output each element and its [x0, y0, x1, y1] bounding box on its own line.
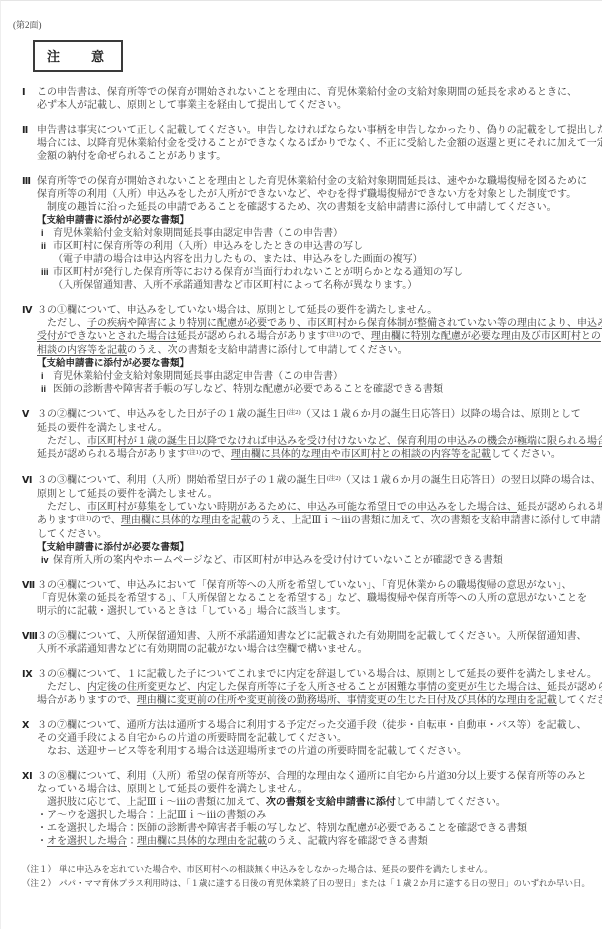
- section-Ⅱ: Ⅱ申告書は事実について正しく記載してください。申告しなければならない事柄を申告し…: [11, 124, 591, 163]
- text-line: 延長が認められる場合があります(注1)ので、理由欄に具体的な理由や市区町村との相…: [37, 448, 591, 462]
- text-segment: ３の①欄について、申込みをしていない場合は、原則として延長の要件を満たしません。: [37, 305, 437, 316]
- text-segment: ３の④欄について、申込みにおいて「保育所等への入所を希望していない」、「育児休業…: [37, 580, 572, 591]
- text-segment: あります: [37, 515, 77, 526]
- text-line: ３の③欄について、利用（入所）開始希望日が子の１歳の誕生日(注2)（又は１歳６か…: [37, 474, 591, 488]
- footnote-reference: (注1): [327, 331, 341, 338]
- text-segment: 市区町村が１歳の誕生日以降でなければ申込みを受け付けないなど、保育利用の申込みの…: [87, 436, 602, 447]
- text-line: なお、送迎サービス等を利用する場合は送迎場所までの片道の所要時間を記載してくださ…: [37, 745, 591, 758]
- text-segment: ただし、: [37, 682, 87, 693]
- notice-title: 注 意: [47, 49, 113, 64]
- section-numeral: Ⅹ: [22, 719, 29, 732]
- text-segment: 内定後の住所変更など、内定した保育所等に子を入所させることが困難な事情の変更が生…: [87, 682, 547, 693]
- text-segment: ので、: [201, 449, 231, 460]
- footnote-reference: (注1): [77, 515, 91, 522]
- section-Ⅸ: Ⅸ３の⑥欄について、１に記載した子についてこれまでに内定を辞退している場合は、原…: [11, 668, 591, 707]
- text-line: なっている場合は、原則として延長の要件を満たしません。: [37, 783, 591, 796]
- text-segment: ３の⑧欄について、利用（入所）希望の保育所等が、合理的な理由なく通所に自宅から片…: [37, 771, 587, 782]
- text-line: ３の⑦欄について、通所方法は通所する場合に利用する予定だった交通手段（徒歩・自転…: [37, 719, 591, 732]
- attachment-item: iii市区町村が発行した保育所等における保育が当面行われないことが明らかとなる通…: [37, 266, 591, 279]
- section-numeral: Ⅵ: [22, 474, 32, 487]
- text-segment: 理由欄に具体的な理由や市区町村との相談の内容等を記載: [231, 449, 491, 460]
- section-numeral: Ⅰ: [22, 86, 26, 99]
- text-segment: 延長が認められる場合があります: [37, 449, 187, 460]
- text-segment: ただし、: [37, 318, 87, 329]
- section-numeral: Ⅴ: [22, 408, 29, 421]
- section-Ⅰ: Ⅰこの申告書は、保育所等での保育が開始されないことを理由に、育児休業給付金の支給…: [11, 86, 591, 112]
- attachment-item: ii医師の診断書や障害者手帳の写しなど、特別な配慮が必要であることを確認できる書…: [37, 383, 591, 396]
- section-Ⅲ: Ⅲ保育所等での保育が開始されないことを理由とした育児休業給付金の支給対象期間延長…: [11, 175, 591, 292]
- footnote-text: 単に申込みを忘れていた場合や、市区町村への相談無く申込みをしなかった場合は、延長…: [59, 864, 493, 874]
- text-line: 明示的に記載・選択しているときは「している」場合に該当します。: [37, 605, 591, 618]
- text-segment: 市区町村に保育所等の利用（入所）申込みをしたときの申込書の写し: [53, 241, 363, 252]
- text-segment: オを選択した場合: [47, 836, 127, 847]
- text-line: ３の⑤欄について、入所保留通知書、入所不承諾通知書などに記載された有効期間を記載…: [37, 630, 591, 643]
- text-segment: ３の⑦欄について、通所方法は通所する場合に利用する予定だった交通手段（徒歩・自転…: [37, 720, 587, 731]
- text-segment: 【支給申請書に添付が必要な書類】: [37, 358, 189, 369]
- text-line: 保育所等の利用（入所）申込みをしたが入所ができないなど、やむを得ず職場復帰ができ…: [37, 188, 591, 201]
- section-Ⅷ: Ⅷ３の⑤欄について、入所保留通知書、入所不承諾通知書などに記載された有効期間を記…: [11, 630, 591, 656]
- text-segment: 場合がありますので、: [37, 695, 137, 706]
- text-line: ただし、市区町村が募集をしていない時期があるために、申込み可能な希望日での申込み…: [37, 501, 591, 514]
- footnote-text: パパ・ママ育休プラス利用時は、「１歳に達する日後の育児休業終了日の翌日」または「…: [59, 878, 590, 888]
- attachment-heading: 【支給申請書に添付が必要な書類】: [37, 214, 591, 227]
- text-segment: 理由欄に特別な配慮が必要な理由及び市区町村との: [371, 331, 601, 342]
- text-segment: 選択肢に応じて、上記Ⅲｉ～ⅲの書類に加えて、: [37, 797, 266, 808]
- text-segment: 保育所等の利用（入所）申込みをしたが入所ができないなど、やむを得ず職場復帰ができ…: [37, 189, 576, 200]
- text-line: ただし、子の疾病や障害により特別に配慮が必要であり、市区町村から保育体制が整備さ…: [37, 317, 591, 330]
- notice-box: 注 意: [33, 40, 123, 72]
- footnote-label: （注１）: [22, 864, 56, 874]
- text-line: ３の①欄について、申込みをしていない場合は、原則として延長の要件を満たしません。: [37, 304, 591, 317]
- attachment-item: ii市区町村に保育所等の利用（入所）申込みをしたときの申込書の写し: [37, 240, 591, 253]
- text-segment: 原則として延長の要件を満たしません。: [37, 489, 218, 500]
- item-marker: ii: [41, 240, 46, 253]
- text-segment: 明示的に記載・選択しているときは「している」場合に該当します。: [37, 606, 346, 617]
- text-segment: 「育児休業の延長を希望する」、「入所保留となることを希望する」など、職場復帰や保…: [37, 593, 587, 604]
- text-segment: ：: [127, 836, 137, 847]
- section-Ⅵ: Ⅵ３の③欄について、利用（入所）開始希望日が子の１歳の誕生日(注2)（又は１歳６…: [11, 474, 591, 567]
- text-segment: 延長が認められる: [547, 682, 602, 693]
- text-line: ３の⑥欄について、１に記載した子についてこれまでに内定を辞退している場合は、原則…: [37, 668, 591, 681]
- text-line: ・エを選択した場合：医師の診断書や障害者手帳の写しなど、特別な配慮が必要であるこ…: [37, 822, 591, 835]
- text-segment: 子の疾病や障害により特別に配慮が必要であり、市区町村から保育体制が整備されていな…: [87, 318, 602, 329]
- item-marker: ii: [41, 383, 46, 396]
- footnote-reference: (注2): [327, 475, 341, 482]
- section-numeral: Ⅳ: [22, 304, 32, 317]
- text-line: 「育児休業の延長を希望する」、「入所保留となることを希望する」など、職場復帰や保…: [37, 592, 591, 605]
- text-segment: その交通手段による自宅からの片道の所要時間を記載してください。: [37, 733, 347, 744]
- text-segment: ので、: [91, 515, 121, 526]
- text-segment: （入所保留通知書、入所不承諾通知書など市区町村によって名称が異なります。）: [53, 280, 417, 291]
- text-segment: ので、: [341, 331, 371, 342]
- text-line: この申告書は、保育所等での保育が開始されないことを理由に、育児休業給付金の支給対…: [37, 86, 591, 99]
- text-segment: のうえ、次の書類を支給申請書に添付して申請してください。: [127, 345, 408, 356]
- text-line: その交通手段による自宅からの片道の所要時間を記載してください。: [37, 732, 591, 745]
- text-segment: 入所不承諾通知書などに有効期間の記載がない場合は空欄で構いません。: [37, 644, 368, 655]
- text-segment: 【支給申請書に添付が必要な書類】: [37, 215, 189, 226]
- text-segment: 申告書は事実について正しく記載してください。申告しなければならない事柄を申告しな…: [37, 125, 602, 136]
- text-segment: 相談の内容等を記載: [37, 345, 127, 356]
- item-marker: iii: [41, 266, 49, 279]
- text-segment: 育児休業給付金支給対象期間延長事由認定申告書（この申告書）: [53, 228, 343, 239]
- footnote-label: （注２）: [22, 878, 56, 888]
- attachment-item-continuation: （電子申請の場合は申込内容を出力したもの、または、申込みをした画面の複写）: [37, 253, 591, 266]
- text-line: 申告書は事実について正しく記載してください。申告しなければならない事柄を申告しな…: [37, 124, 591, 137]
- text-line: ・ア～ウを選択した場合：上記Ⅲｉ～ⅲの書類のみ: [37, 809, 591, 822]
- text-line: 金額の納付を命ぜられることがあります。: [37, 150, 591, 163]
- text-segment: ただし、: [37, 436, 87, 447]
- text-segment: 理由欄に変更前の住所や変更前後の勤務場所、事情変更の生じた日付及び具体的な理由を…: [137, 695, 557, 706]
- text-line: ・オを選択した場合：理由欄に具体的な理由を記載のうえ、記載内容を確認できる書類: [37, 835, 591, 848]
- text-line: 延長の要件を満たしません。: [37, 422, 591, 435]
- text-line: 保育所等での保育が開始されないことを理由とした育児休業給付金の支給対象期間延長は…: [37, 175, 591, 188]
- text-line: ３の②欄について、申込みをした日が子の１歳の誕生日(注2)（又は１歳６か月の誕生…: [37, 408, 591, 422]
- footnote: （注２）パパ・ママ育休プラス利用時は、「１歳に達する日後の育児休業終了日の翌日」…: [22, 877, 591, 891]
- text-line: ただし、内定後の住所変更など、内定した保育所等に子を入所させることが困難な事情の…: [37, 681, 591, 694]
- text-line: 制度の趣旨に沿った延長の申請であることを確認するため、次の書類を支給申請書に添付…: [37, 201, 591, 214]
- text-segment: 受付ができないとされた場合は: [37, 331, 177, 342]
- text-segment: してください。: [491, 449, 561, 460]
- section-numeral: Ⅺ: [22, 770, 33, 783]
- section-numeral: Ⅱ: [22, 124, 28, 137]
- text-segment: 理由欄に具体的な理由を記載: [121, 515, 251, 526]
- text-line: 入所不承諾通知書などに有効期間の記載がない場合は空欄で構いません。: [37, 643, 591, 656]
- section-Ⅹ: Ⅹ３の⑦欄について、通所方法は通所する場合に利用する予定だった交通手段（徒歩・自…: [11, 719, 591, 758]
- text-line: 受付ができないとされた場合は延長が認められる場合があります(注1)ので、理由欄に…: [37, 330, 591, 344]
- text-line: 原則として延長の要件を満たしません。: [37, 488, 591, 501]
- page-2-notice-document: { "page_label": "(第2面)", "notice_title":…: [0, 0, 602, 929]
- sections-container: Ⅰこの申告書は、保育所等での保育が開始されないことを理由に、育児休業給付金の支給…: [11, 86, 591, 848]
- text-line: 相談の内容等を記載のうえ、次の書類を支給申請書に添付して申請してください。: [37, 344, 591, 357]
- document-page: (第2面) 注 意 Ⅰこの申告書は、保育所等での保育が開始されないことを理由に、…: [1, 1, 602, 890]
- text-segment: 理由欄に具体的な理由を記載: [137, 836, 267, 847]
- text-segment: 市区町村が募集をしていない時期があるために、申込み可能な希望日での申込みをした場…: [87, 502, 517, 513]
- text-line: 場合には、以降育児休業給付金を受けることができなくなるばかりでなく、不正に受給し…: [37, 137, 591, 150]
- text-segment: ・: [37, 836, 47, 847]
- item-marker: iv: [41, 554, 49, 567]
- text-segment: なっている場合は、原則として延長の要件を満たしません。: [37, 784, 308, 795]
- text-segment: 次の書類を支給申請書に添付: [266, 797, 396, 808]
- section-Ⅺ: Ⅺ３の⑧欄について、利用（入所）希望の保育所等が、合理的な理由なく通所に自宅から…: [11, 770, 591, 848]
- section-Ⅳ: Ⅳ３の①欄について、申込みをしていない場合は、原則として延長の要件を満たしません…: [11, 304, 591, 396]
- text-segment: 延長の要件を満たしません。: [37, 423, 168, 434]
- section-numeral: Ⅲ: [22, 175, 31, 188]
- text-segment: のうえ、記載内容を確認できる書類: [267, 836, 428, 847]
- section-numeral: Ⅷ: [22, 630, 38, 643]
- text-segment: ３の⑥欄について、１に記載した子についてこれまでに内定を辞退している場合は、原則…: [37, 669, 597, 680]
- page-label: (第2面): [13, 18, 591, 31]
- text-segment: のうえ、上記Ⅲｉ～ⅲの書類に加えて、次の書類を支給申請書に添付して申請: [251, 515, 601, 526]
- footnote: （注１）単に申込みを忘れていた場合や、市区町村への相談無く申込みをしなかった場合…: [22, 863, 591, 877]
- text-line: 選択肢に応じて、上記Ⅲｉ～ⅲの書類に加えて、次の書類を支給申請書に添付して申請し…: [37, 796, 591, 809]
- section-Ⅶ: Ⅶ３の④欄について、申込みにおいて「保育所等への入所を希望していない」、「育児休…: [11, 579, 591, 618]
- text-segment: 市区町村が発行した保育所等における保育が当面行われないことが明らかとなる通知の写…: [53, 267, 463, 278]
- attachment-item: i育児休業給付金支給対象期間延長事由認定申告書（この申告書）: [37, 227, 591, 240]
- text-segment: （又は１歳６か月の誕生日応答日）の翌日以降の場合は、: [341, 475, 601, 486]
- section-numeral: Ⅶ: [22, 579, 35, 592]
- text-segment: 保育所等での保育が開始されないことを理由とした育児休業給付金の支給対象期間延長は…: [37, 176, 587, 187]
- item-marker: i: [41, 370, 44, 383]
- text-segment: 【支給申請書に添付が必要な書類】: [37, 542, 189, 553]
- text-segment: ただし、: [37, 502, 87, 513]
- text-segment: 保育所入所の案内やホームページなど、市区町村が申込みを受け付けていないことが確認…: [53, 555, 503, 566]
- text-segment: （電子申請の場合は申込内容を出力したもの、または、申込みをした画面の複写）: [53, 254, 423, 265]
- text-line: あります(注1)ので、理由欄に具体的な理由を記載のうえ、上記Ⅲｉ～ⅲの書類に加え…: [37, 514, 591, 528]
- text-line: 必ず本人が記載し、原則として事業主を経由して提出してください。: [37, 99, 591, 112]
- text-segment: 制度の趣旨に沿った延長の申請であることを確認するため、次の書類を支給申請書に添付…: [37, 202, 557, 213]
- text-segment: してください。: [557, 695, 602, 706]
- text-segment: 延長が認められる場合が: [517, 502, 602, 513]
- text-segment: この申告書は、保育所等での保育が開始されないことを理由に、育児休業給付金の支給対…: [37, 87, 577, 98]
- footnotes: （注１）単に申込みを忘れていた場合や、市区町村への相談無く申込みをしなかった場合…: [11, 863, 591, 890]
- text-segment: してください。: [37, 529, 107, 540]
- text-segment: ３の⑤欄について、入所保留通知書、入所不承諾通知書などに記載された有効期間を記載…: [37, 631, 587, 642]
- text-segment: 金額の納付を命ぜられることがあります。: [37, 151, 226, 162]
- text-line: ただし、市区町村が１歳の誕生日以降でなければ申込みを受け付けないなど、保育利用の…: [37, 435, 591, 448]
- text-segment: なお、送迎サービス等を利用する場合は送迎場所までの片道の所要時間を記載してくださ…: [37, 746, 467, 757]
- text-segment: ・ア～ウを選択した場合：上記Ⅲｉ～ⅲの書類のみ: [37, 810, 266, 821]
- text-line: ３の④欄について、申込みにおいて「保育所等への入所を希望していない」、「育児休業…: [37, 579, 591, 592]
- attachment-heading: 【支給申請書に添付が必要な書類】: [37, 357, 591, 370]
- text-segment: （又は１歳６か月の誕生日応答日）以降の場合は、原則として: [301, 409, 581, 420]
- attachment-item: i育児休業給付金支給対象期間延長事由認定申告書（この申告書）: [37, 370, 591, 383]
- text-segment: ・エを選択した場合：医師の診断書や障害者手帳の写しなど、特別な配慮が必要であるこ…: [37, 823, 527, 834]
- footnote-reference: (注1): [187, 449, 201, 456]
- text-segment: して申請してください。: [396, 797, 506, 808]
- item-marker: i: [41, 227, 44, 240]
- attachment-heading: 【支給申請書に添付が必要な書類】: [37, 541, 591, 554]
- text-line: 場合がありますので、理由欄に変更前の住所や変更前後の勤務場所、事情変更の生じた日…: [37, 694, 591, 707]
- attachment-item-continuation: （入所保留通知書、入所不承諾通知書など市区町村によって名称が異なります。）: [37, 279, 591, 292]
- text-segment: 延長が認められる場合があります: [177, 331, 327, 342]
- attachment-item: iv保育所入所の案内やホームページなど、市区町村が申込みを受け付けていないことが…: [37, 554, 591, 567]
- text-segment: 医師の診断書や障害者手帳の写しなど、特別な配慮が必要であることを確認できる書類: [53, 384, 443, 395]
- text-segment: 育児休業給付金支給対象期間延長事由認定申告書（この申告書）: [53, 371, 343, 382]
- text-line: してください。: [37, 528, 591, 541]
- text-line: ３の⑧欄について、利用（入所）希望の保育所等が、合理的な理由なく通所に自宅から片…: [37, 770, 591, 783]
- text-segment: 必ず本人が記載し、原則として事業主を経由して提出してください。: [37, 100, 347, 111]
- text-segment: ３の③欄について、利用（入所）開始希望日が子の１歳の誕生日: [37, 475, 327, 486]
- text-segment: 場合には、以降育児休業給付金を受けることができなくなるばかりでなく、不正に受給し…: [37, 138, 602, 149]
- text-segment: ３の②欄について、申込みをした日が子の１歳の誕生日: [37, 409, 287, 420]
- footnote-reference: (注2): [287, 409, 301, 416]
- section-Ⅴ: Ⅴ３の②欄について、申込みをした日が子の１歳の誕生日(注2)（又は１歳６か月の誕…: [11, 408, 591, 462]
- section-numeral: Ⅸ: [22, 668, 33, 681]
